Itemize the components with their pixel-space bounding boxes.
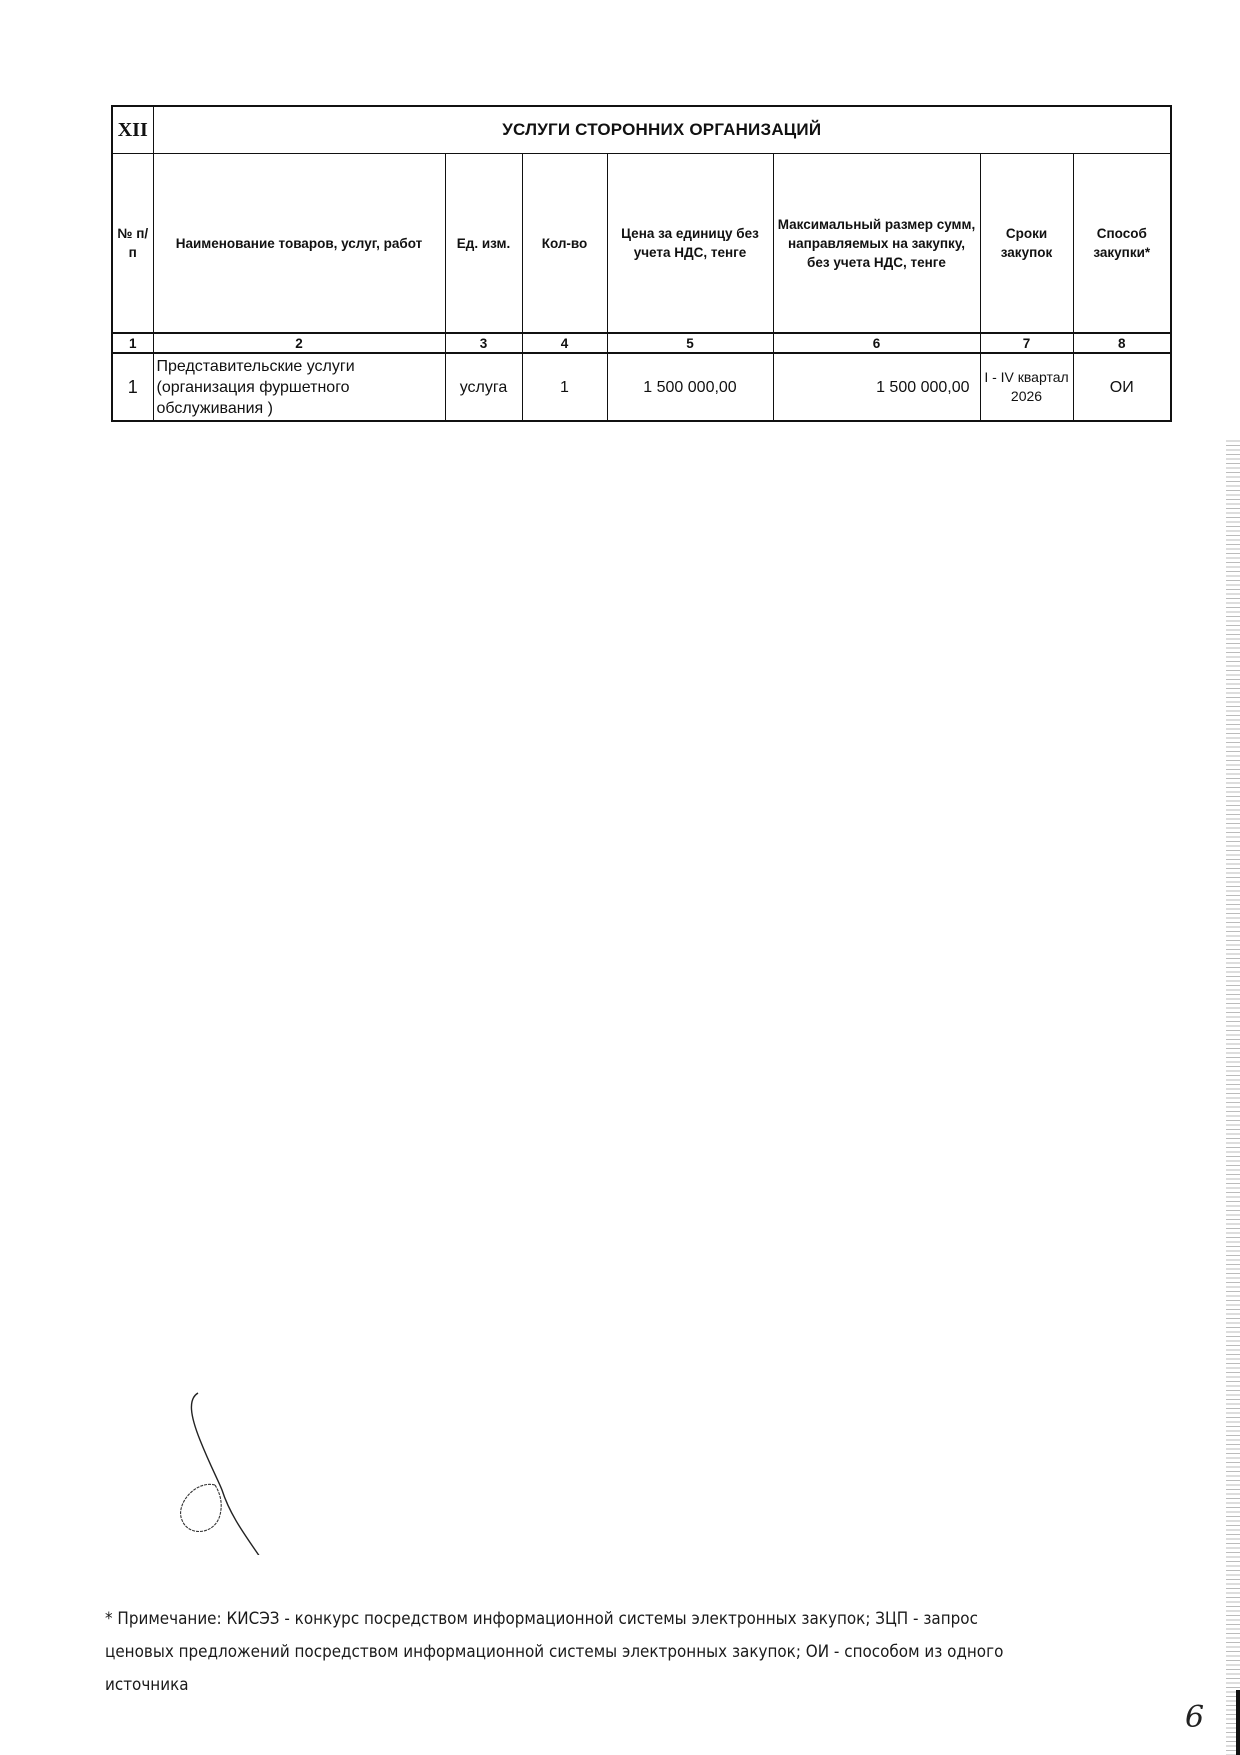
table-row: 1 Представительские услуги (организация … bbox=[112, 353, 1171, 421]
document-page: XII УСЛУГИ СТОРОННИХ ОРГАНИЗАЦИЙ № п/п Н… bbox=[0, 0, 1240, 1755]
section-title: УСЛУГИ СТОРОННИХ ОРГАНИЗАЦИЙ bbox=[153, 106, 1171, 154]
row-period: I - IV квартал 2026 bbox=[980, 353, 1073, 421]
column-number: 6 bbox=[773, 333, 980, 353]
row-unit: услуга bbox=[445, 353, 522, 421]
header-num: № п/п bbox=[112, 154, 153, 334]
row-unit-price: 1 500 000,00 bbox=[607, 353, 773, 421]
section-number: XII bbox=[112, 106, 153, 154]
column-number: 1 bbox=[112, 333, 153, 353]
header-unit-price: Цена за единицу без учета НДС, тенге bbox=[607, 154, 773, 334]
page-number: 6 bbox=[1185, 1700, 1204, 1735]
row-name: Представительские услуги (организация фу… bbox=[153, 353, 445, 421]
header-name: Наименование товаров, услуг, работ bbox=[153, 154, 445, 334]
column-number: 2 bbox=[153, 333, 445, 353]
row-num: 1 bbox=[112, 353, 153, 421]
column-number: 7 bbox=[980, 333, 1073, 353]
column-number: 5 bbox=[607, 333, 773, 353]
header-qty: Кол-во bbox=[522, 154, 607, 334]
row-qty: 1 bbox=[522, 353, 607, 421]
procurement-table: XII УСЛУГИ СТОРОННИХ ОРГАНИЗАЦИЙ № п/п Н… bbox=[111, 105, 1172, 422]
footnote: * Примечание: КИСЭЗ - конкурс посредство… bbox=[105, 1602, 1043, 1701]
header-max-amount: Максимальный размер сумм, направляемых н… bbox=[773, 154, 980, 334]
header-unit: Ед. изм. bbox=[445, 154, 522, 334]
signature bbox=[170, 1385, 280, 1555]
column-number: 3 bbox=[445, 333, 522, 353]
scan-edge-artifact bbox=[1226, 440, 1240, 1755]
column-number: 4 bbox=[522, 333, 607, 353]
scan-edge-artifact bbox=[1236, 1690, 1240, 1755]
header-row: № п/п Наименование товаров, услуг, работ… bbox=[112, 154, 1171, 334]
row-max-amount: 1 500 000,00 bbox=[773, 353, 980, 421]
column-number: 8 bbox=[1073, 333, 1171, 353]
header-period: Сроки закупок bbox=[980, 154, 1073, 334]
column-number-row: 1 2 3 4 5 6 7 8 bbox=[112, 333, 1171, 353]
row-method: ОИ bbox=[1073, 353, 1171, 421]
header-method: Способ закупки* bbox=[1073, 154, 1171, 334]
section-title-row: XII УСЛУГИ СТОРОННИХ ОРГАНИЗАЦИЙ bbox=[112, 106, 1171, 154]
